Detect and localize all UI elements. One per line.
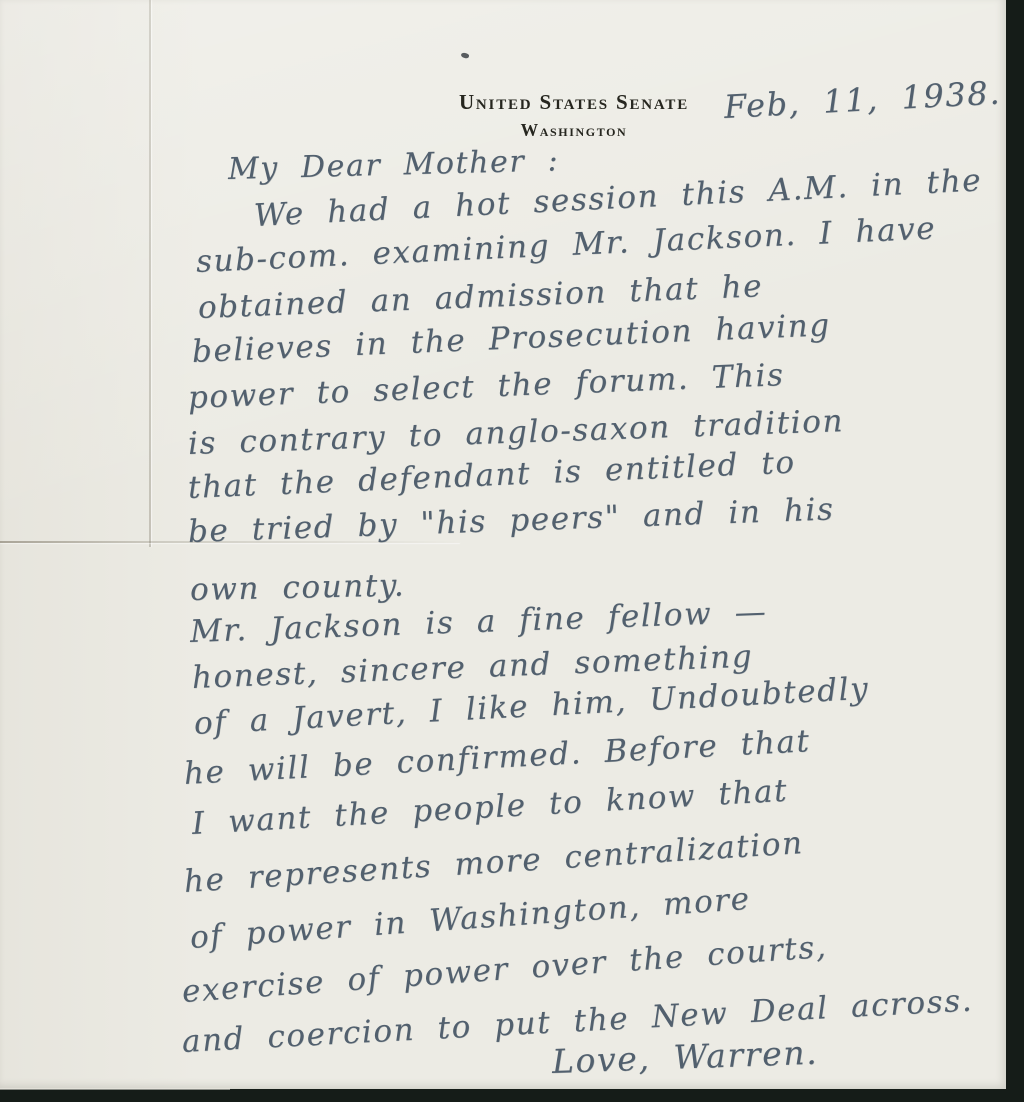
signature: Love, Warren. bbox=[551, 1033, 818, 1081]
vertical-fold-crease bbox=[149, 0, 151, 547]
letterhead-line2: Washington bbox=[400, 120, 748, 141]
letter-page: United States Senate Washington Feb, 11,… bbox=[0, 0, 1006, 1089]
ink-speck-mark bbox=[460, 52, 469, 59]
letter-date: Feb, 11, 1938. bbox=[723, 74, 1002, 126]
scanned-letter: United States Senate Washington Feb, 11,… bbox=[0, 0, 1024, 1102]
salutation: My Dear Mother : bbox=[228, 143, 560, 187]
handwritten-line: own county. bbox=[190, 567, 406, 608]
letterhead-line1: United States Senate bbox=[400, 90, 748, 115]
scan-background-right-edge bbox=[1006, 0, 1024, 1102]
letterhead: United States Senate Washington bbox=[400, 90, 748, 141]
scan-background-bottom-edge bbox=[0, 1089, 1024, 1102]
